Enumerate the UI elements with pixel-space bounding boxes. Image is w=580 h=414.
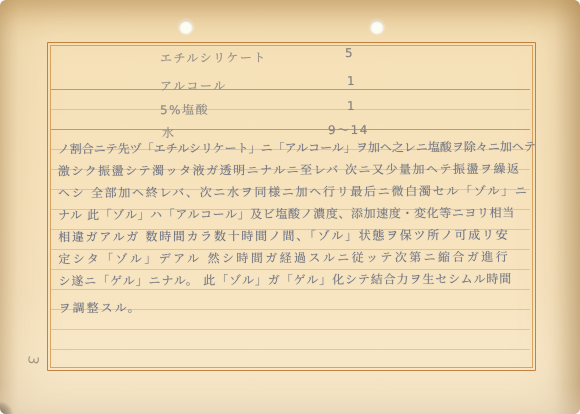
recipe-item-label: 5%塩酸 [160,101,209,118]
punch-hole-right [370,20,384,34]
recipe-item-value: 1 [347,99,356,113]
handwritten-line: 激シク振盪シテ濁ッタ液ガ透明ニナルニ至レバ 次ニ又少量加ヘテ振盪ヲ繰返 [58,162,533,179]
handwritten-line: 定シタ「ゾル」デアル 然シ時間ガ経過スルニ従ッテ次第ニ縮合ガ進行 [58,250,533,267]
recipe-item-value: 1 [347,74,356,88]
handwritten-line: ヘシ 全部加ヘ終レバ、次ニ水ヲ同様ニ加ヘ行リ最后ニ微白濁セル「ゾル」ニ [58,184,533,201]
handwritten-line: 相違ガアルガ 数時間カラ数十時間ノ間、「ゾル」状態ヲ保ツ所ノ可成リ安 [58,228,533,245]
handwritten-line: ヲ調整スル。 [59,299,534,316]
recipe-item-value: 9〜14 [328,121,369,138]
ruled-line-strong [51,129,530,130]
punch-hole-left [179,20,193,34]
recipe-item-label: 水 [162,124,176,141]
scanned-page: エチルシリケート 5 アルコール 1 5%塩酸 1 水 9〜14 ノ割合ニテ先ヅ… [0,0,580,414]
handwritten-line: ナル 此「ゾル」ハ「アルコール」及ビ塩酸ノ濃度、添加速度・変化等ニヨリ相当 [58,206,533,223]
recipe-item-label: エチルシリケート [160,49,267,67]
margin-mark: 3 [24,355,41,365]
ruled-line-strong [51,89,530,90]
recipe-item-value: 5 [345,46,354,60]
corner-shadow [0,401,13,414]
body-text: ノ割合ニテ先ヅ「エチルシリケート」ニ「アルコール」ヲ加ヘ之レニ塩酸ヲ除々ニ加ヘテ… [57,0,532,1]
handwritten-line: ノ割合ニテ先ヅ「エチルシリケート」ニ「アルコール」ヲ加ヘ之レニ塩酸ヲ除々ニ加ヘテ [58,140,533,157]
handwritten-line: シ遂ニ「ゲル」ニナル。 此「ゾル」ガ「ゲル」化シテ結合力ヲ生セシムル時間 [58,272,533,289]
recipe-item-label: アルコール [160,77,227,94]
